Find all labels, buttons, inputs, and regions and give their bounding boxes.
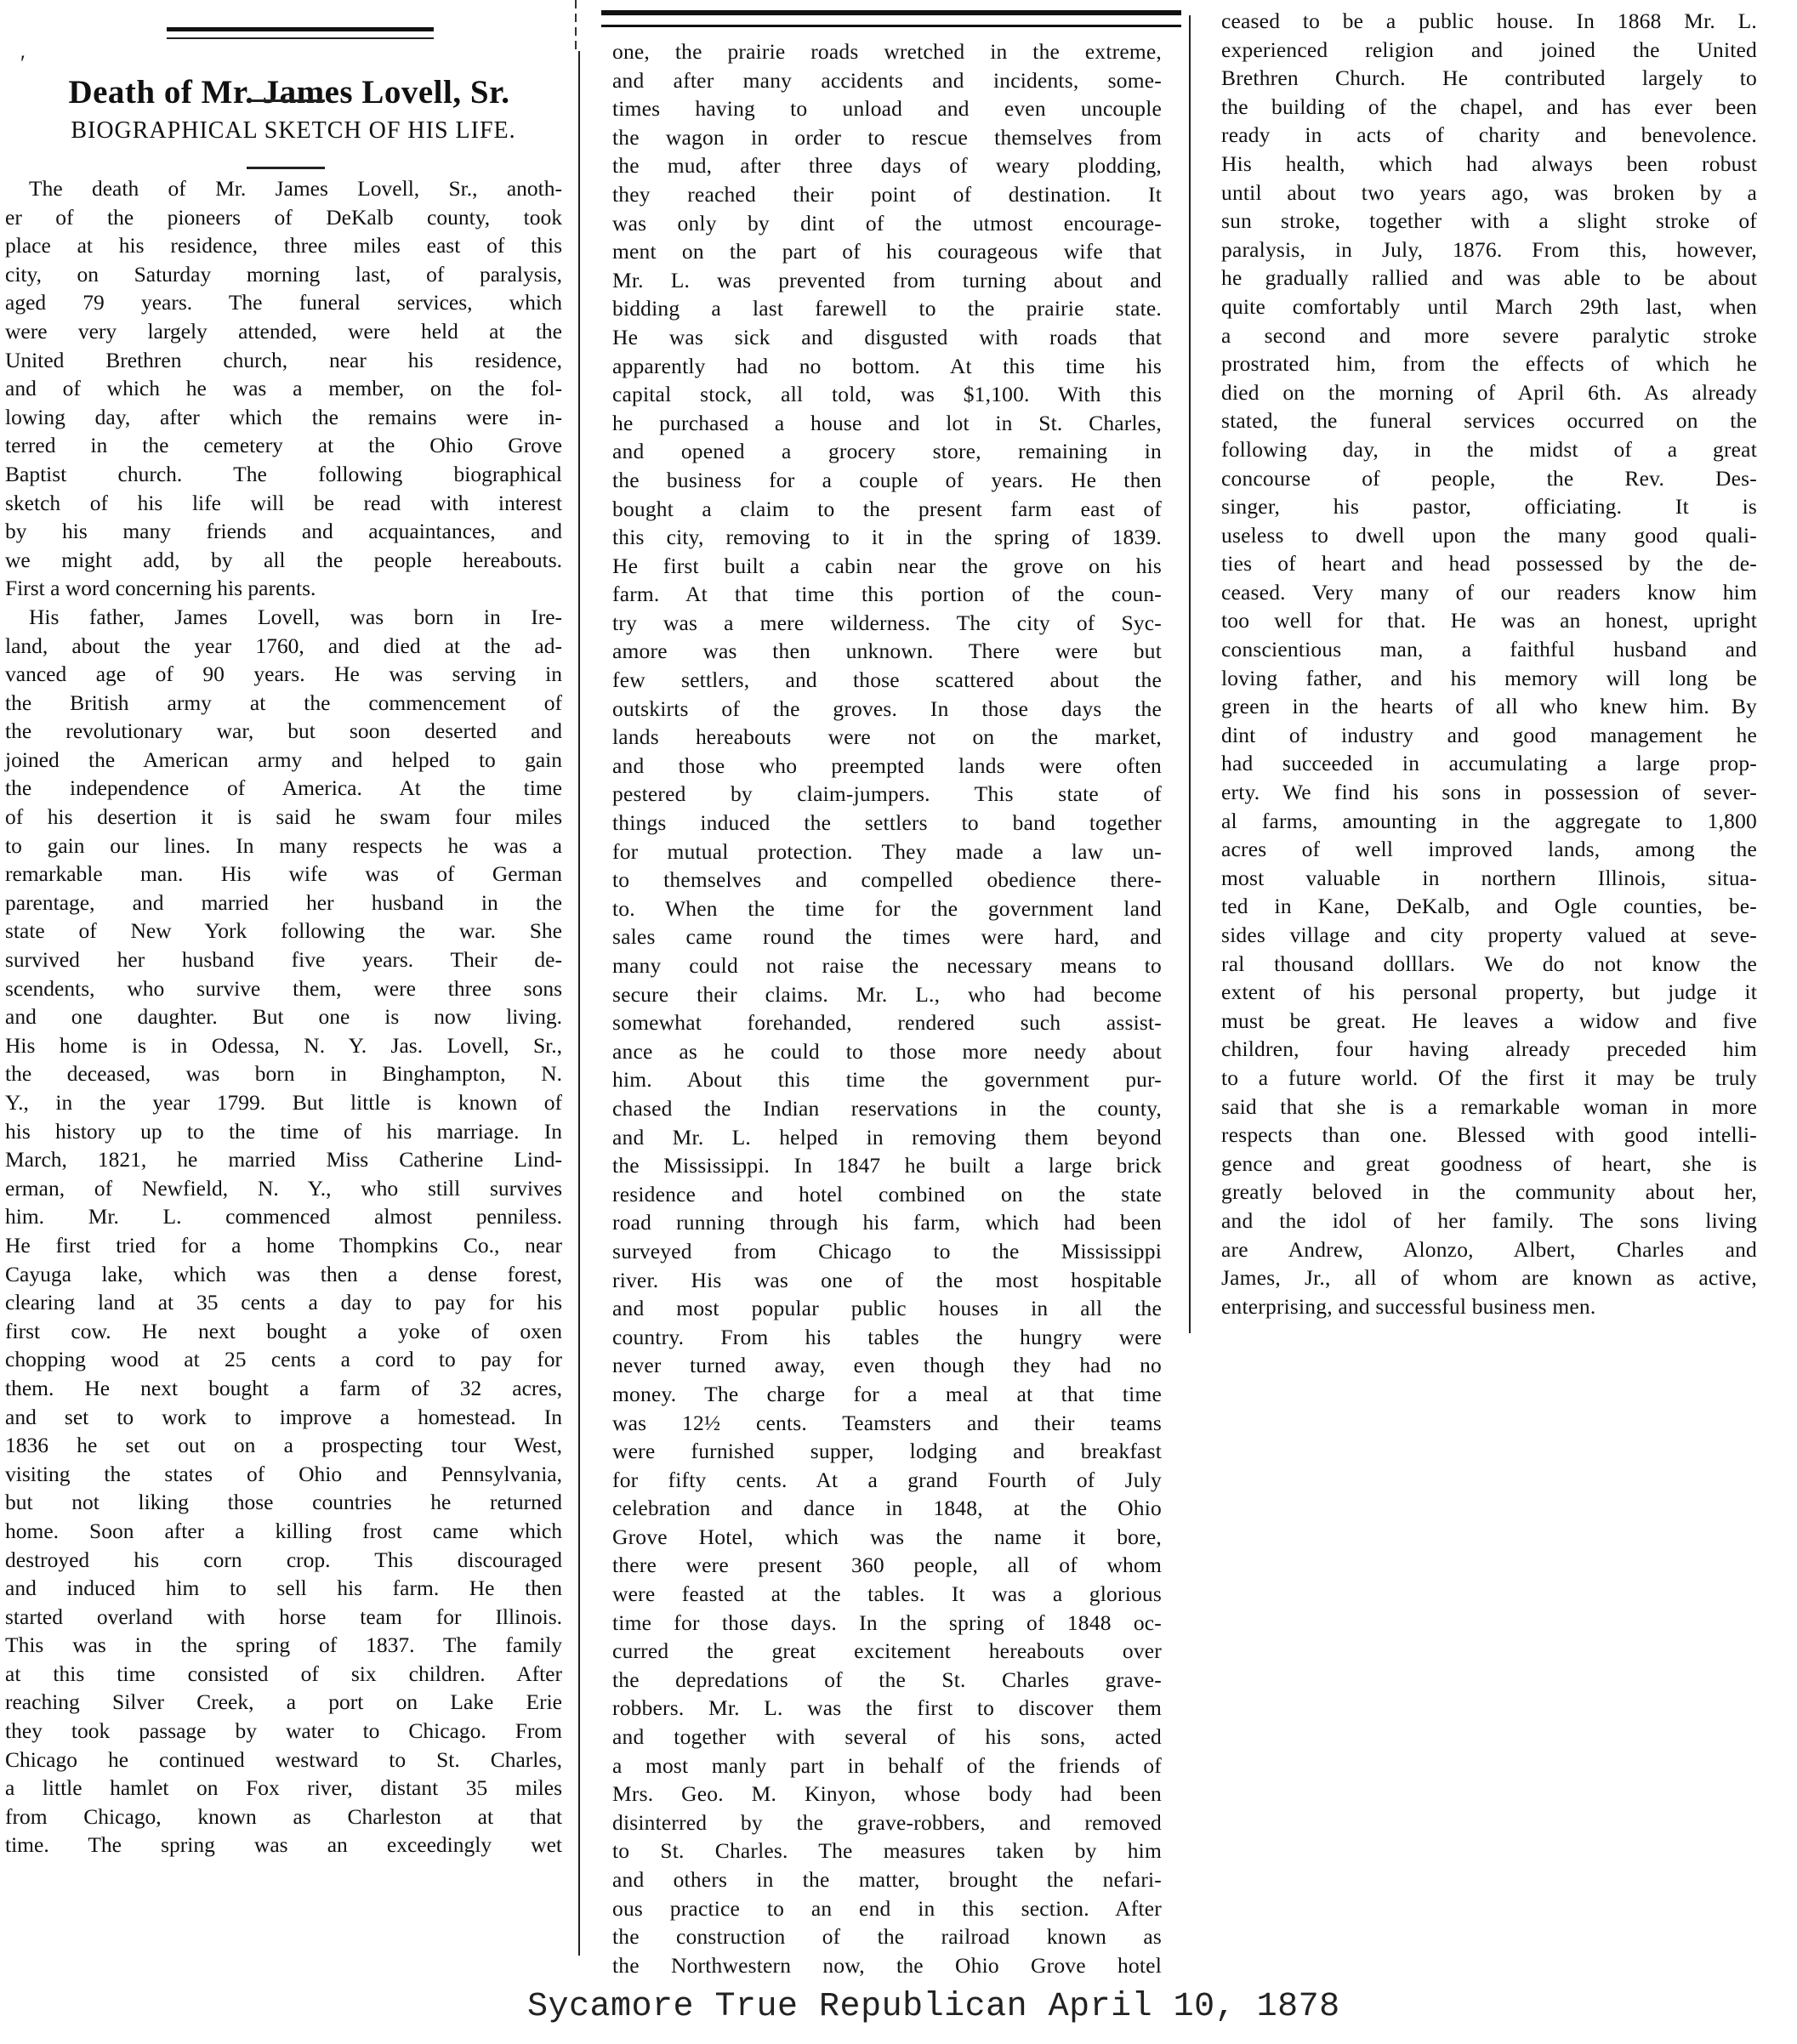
article-line: joined the American army and helped to g…	[5, 746, 562, 775]
article-line: respects than one. Blessed with good int…	[1221, 1121, 1757, 1150]
article-line: the depredations of the St. Charles grav…	[612, 1666, 1162, 1695]
headline-divider	[247, 99, 325, 102]
article-line: place at his residence, three miles east…	[5, 231, 562, 260]
article-line: gence and great goodness of heart, she i…	[1221, 1150, 1757, 1178]
article-line: and together with several of his sons, a…	[612, 1723, 1162, 1752]
article-line: Mr. L. was prevented from turning about …	[612, 266, 1162, 295]
top-rule-thick-center	[601, 10, 1181, 15]
column-divider-1	[578, 51, 580, 1956]
article-line: and those who preempted lands were often	[612, 752, 1162, 781]
article-line: time for those days. In the spring of 18…	[612, 1609, 1162, 1638]
article-line: curred the great excitement hereabouts o…	[612, 1637, 1162, 1666]
article-line: the independence of America. At the time	[5, 774, 562, 803]
article-line: are Andrew, Alonzo, Albert, Charles and	[1221, 1235, 1757, 1264]
article-line: bidding a last farewell to the prairie s…	[612, 294, 1162, 323]
article-line: chopping wood at 25 cents a cord to pay …	[5, 1345, 562, 1374]
article-line: a little hamlet on Fox river, distant 35…	[5, 1774, 562, 1803]
article-line: capital stock, all told, was $1,100. Wit…	[612, 380, 1162, 409]
article-line: residence and hotel combined on the stat…	[612, 1180, 1162, 1209]
article-line: celebration and dance in 1848, at the Oh…	[612, 1494, 1162, 1523]
article-line: aged 79 years. The funeral services, whi…	[5, 288, 562, 317]
article-line: were feasted at the tables. It was a glo…	[612, 1580, 1162, 1609]
article-line: apparently had no bottom. At this time h…	[612, 352, 1162, 381]
article-line: the Mississippi. In 1847 he built a larg…	[612, 1151, 1162, 1180]
article-line: country. From his tables the hungry were	[612, 1323, 1162, 1352]
article-line: He first tried for a home Thompkins Co.,…	[5, 1231, 562, 1260]
article-line: Cayuga lake, which was then a dense fore…	[5, 1260, 562, 1289]
column-divider-1-dashed	[575, 0, 577, 51]
article-line: said that she is a remarkable woman in m…	[1221, 1093, 1757, 1121]
article-line: er of the pioneers of DeKalb county, too…	[5, 203, 562, 232]
article-line: and Mr. L. helped in removing them beyon…	[612, 1123, 1162, 1152]
article-line: the deceased, was born in Binghampton, N…	[5, 1059, 562, 1088]
article-line: they took passage by water to Chicago. F…	[5, 1717, 562, 1746]
column-divider-2	[1189, 15, 1191, 1333]
article-line: green in the hearts of all who knew him.…	[1221, 692, 1757, 721]
top-rule-thin-left	[167, 37, 434, 39]
article-line: there were present 360 people, all of wh…	[612, 1551, 1162, 1580]
subheadline-divider	[247, 167, 325, 169]
article-line: the wagon in order to rescue themselves …	[612, 123, 1162, 152]
article-line: the revolutionary war, but soon deserted…	[5, 717, 562, 746]
article-line: road running through his farm, which had…	[612, 1208, 1162, 1237]
article-line: stated, the funeral services occurred on…	[1221, 406, 1757, 435]
article-line: the mud, after three days of weary plodd…	[612, 151, 1162, 180]
article-line: of his desertion it is said he swam four…	[5, 803, 562, 832]
article-line: ted in Kane, DeKalb, and Ogle counties, …	[1221, 892, 1757, 921]
article-line: he purchased a house and lot in St. Char…	[612, 409, 1162, 438]
article-line: sides village and city property valued a…	[1221, 921, 1757, 950]
article-line: for mutual protection. They made a law u…	[612, 837, 1162, 866]
article-line: city, on Saturday morning last, of paral…	[5, 260, 562, 289]
subheadline: BIOGRAPHICAL SKETCH OF HIS LIFE.	[26, 117, 561, 145]
article-line: His father, James Lovell, was born in Ir…	[5, 603, 562, 632]
article-line: ment on the part of his courageous wife …	[612, 237, 1162, 266]
article-line: home. Soon after a killing frost came wh…	[5, 1517, 562, 1546]
article-line: and of which he was a member, on the fol…	[5, 374, 562, 403]
article-line: the construction of the railroad known a…	[612, 1922, 1162, 1951]
article-line: and induced him to sell his farm. He the…	[5, 1574, 562, 1603]
article-line: many could not raise the necessary means…	[612, 951, 1162, 980]
article-line: ceased to be a public house. In 1868 Mr.…	[1221, 7, 1757, 36]
article-line: them. He next bought a farm of 32 acres,	[5, 1374, 562, 1403]
article-line: one, the prairie roads wretched in the e…	[612, 37, 1162, 66]
article-line: pestered by claim-jumpers. This state of	[612, 780, 1162, 809]
article-line: were very largely attended, were held at…	[5, 317, 562, 346]
article-line: First a word concerning his parents.	[5, 574, 562, 603]
article-line: he gradually rallied and was able to be …	[1221, 264, 1757, 292]
article-line: and most popular public houses in all th…	[612, 1294, 1162, 1323]
article-line: outskirts of the groves. In those days t…	[612, 695, 1162, 724]
article-line: secure their claims. Mr. L., who had bec…	[612, 980, 1162, 1009]
article-line: and one daughter. But one is now living.	[5, 1002, 562, 1031]
article-line: He first built a cabin near the grove on…	[612, 552, 1162, 581]
article-line: were furnished supper, lodging and break…	[612, 1437, 1162, 1466]
article-line: singer, his pastor, officiating. It is	[1221, 492, 1757, 521]
article-line: children, four having already preceded h…	[1221, 1035, 1757, 1064]
article-line: to a future world. Of the first it may b…	[1221, 1064, 1757, 1093]
article-line: amore was then unknown. There were but	[612, 637, 1162, 666]
article-line: This was in the spring of 1837. The fami…	[5, 1631, 562, 1660]
article-line: Chicago he continued westward to St. Cha…	[5, 1746, 562, 1774]
article-line: until about two years ago, was broken by…	[1221, 179, 1757, 207]
article-line: ties of heart and head possessed by the …	[1221, 549, 1757, 578]
article-line: 1836 he set out on a prospecting tour We…	[5, 1431, 562, 1460]
article-line: was 12½ cents. Teamsters and their teams	[612, 1409, 1162, 1438]
article-line: His home is in Odessa, N. Y. Jas. Lovell…	[5, 1031, 562, 1060]
article-line: erty. We find his sons in possession of …	[1221, 778, 1757, 807]
article-line: ral thousand dolllars. We do not know th…	[1221, 950, 1757, 979]
article-line: we might add, by all the people hereabou…	[5, 546, 562, 575]
article-line: ous practice to an end in this section. …	[612, 1894, 1162, 1923]
article-line: remarkable man. His wife was of German	[5, 860, 562, 889]
article-line: United Brethren church, near his residen…	[5, 346, 562, 375]
article-line: His health, which had always been robust	[1221, 150, 1757, 179]
article-line: reaching Silver Creek, a port on Lake Er…	[5, 1688, 562, 1717]
article-column-1: The death of Mr. James Lovell, Sr., anot…	[5, 174, 562, 1859]
article-line: Mrs. Geo. M. Kinyon, whose body had been	[612, 1780, 1162, 1808]
article-line: ceased. Very many of our readers know hi…	[1221, 578, 1757, 607]
article-line: loving father, and his memory will long …	[1221, 664, 1757, 693]
article-line: to themselves and compelled obedience th…	[612, 866, 1162, 894]
article-line: to. When the time for the government lan…	[612, 894, 1162, 923]
article-line: him. Mr. L. commenced almost penniless.	[5, 1202, 562, 1231]
article-line: times having to unload and even uncouple	[612, 94, 1162, 123]
article-line: Baptist church. The following biographic…	[5, 460, 562, 489]
article-line: James, Jr., all of whom are known as act…	[1221, 1263, 1757, 1292]
article-line: by his many friends and acquaintances, a…	[5, 517, 562, 546]
article-line: must be great. He leaves a widow and fiv…	[1221, 1007, 1757, 1036]
article-line: paralysis, in July, 1876. From this, how…	[1221, 236, 1757, 264]
article-line: and others in the matter, brought the ne…	[612, 1865, 1162, 1894]
article-line: dint of industry and good management he	[1221, 721, 1757, 750]
article-line: from Chicago, known as Charleston at tha…	[5, 1803, 562, 1831]
article-line: and the idol of her family. The sons liv…	[1221, 1207, 1757, 1235]
article-line: money. The charge for a meal at that tim…	[612, 1380, 1162, 1409]
article-line: Grove Hotel, which was the name it bore,	[612, 1523, 1162, 1552]
article-line: and after many accidents and incidents, …	[612, 66, 1162, 95]
article-line: time. The spring was an exceedingly wet	[5, 1831, 562, 1859]
article-line: and set to work to improve a homestead. …	[5, 1403, 562, 1432]
article-line: chased the Indian reservations in the co…	[612, 1094, 1162, 1123]
article-line: March, 1821, he married Miss Catherine L…	[5, 1145, 562, 1174]
source-citation: Sycamore True Republican April 10, 1878	[527, 1988, 1361, 2026]
article-line: river. His was one of the most hospitabl…	[612, 1266, 1162, 1295]
article-line: first cow. He next bought a yoke of oxen	[5, 1317, 562, 1346]
article-line: the Northwestern now, the Ohio Grove hot…	[612, 1951, 1162, 1980]
article-line: too well for that. He was an honest, upr…	[1221, 606, 1757, 635]
article-line: farm. At that time this portion of the c…	[612, 580, 1162, 609]
article-line: somewhat forehanded, rendered such assis…	[612, 1008, 1162, 1037]
article-line: but not liking those countries he return…	[5, 1488, 562, 1517]
article-line: they reached their point of destination.…	[612, 180, 1162, 209]
headline: Death of Mr. James Lovell, Sr.	[34, 73, 544, 111]
article-line: vanced age of 90 years. He was serving i…	[5, 660, 562, 689]
article-line: never turned away, even though they had …	[612, 1351, 1162, 1380]
article-line: lowing day, after which the remains were…	[5, 403, 562, 432]
article-line: most valuable in northern Illinois, situ…	[1221, 864, 1757, 893]
article-line: terred in the cemetery at the Ohio Grove	[5, 431, 562, 460]
article-line: robbers. Mr. L. was the first to discove…	[612, 1694, 1162, 1723]
article-line: sun stroke, together with a slight strok…	[1221, 207, 1757, 236]
article-line: the British army at the commencement of	[5, 689, 562, 718]
article-line: following day, in the midst of a great	[1221, 435, 1757, 464]
article-line: was only by dint of the utmost encourage…	[612, 209, 1162, 238]
article-line: the building of the chapel, and has ever…	[1221, 93, 1757, 122]
article-line: a second and more severe paralytic strok…	[1221, 321, 1757, 350]
article-line: lands hereabouts were not on the market,	[612, 723, 1162, 752]
scan-mark: ′	[20, 51, 26, 77]
article-line: for fifty cents. At a grand Fourth of Ju…	[612, 1466, 1162, 1495]
article-line: a most manly part in behalf of the frien…	[612, 1752, 1162, 1780]
article-line: survived her husband five years. Their d…	[5, 945, 562, 974]
article-line: useless to dwell upon the many good qual…	[1221, 521, 1757, 550]
article-column-3: ceased to be a public house. In 1868 Mr.…	[1221, 7, 1757, 1320]
article-line: greatly beloved in the community about h…	[1221, 1178, 1757, 1207]
article-column-2: one, the prairie roads wretched in the e…	[612, 37, 1162, 1979]
article-line: extent of his personal property, but jud…	[1221, 978, 1757, 1007]
top-rule-thin-center	[601, 25, 1181, 27]
article-line: died on the morning of April 6th. As alr…	[1221, 378, 1757, 407]
article-line: visiting the states of Ohio and Pennsylv…	[5, 1460, 562, 1489]
article-line: Brethren Church. He contributed largely …	[1221, 64, 1757, 93]
article-line: to gain our lines. In many respects he w…	[5, 832, 562, 860]
article-line: few settlers, and those scattered about …	[612, 666, 1162, 695]
article-line: bought a claim to the present farm east …	[612, 495, 1162, 524]
article-line: surveyed from Chicago to the Mississippi	[612, 1237, 1162, 1266]
article-line: al farms, amounting in the aggregate to …	[1221, 807, 1757, 836]
article-line: experienced religion and joined the Unit…	[1221, 36, 1757, 65]
article-line: to St. Charles. The measures taken by hi…	[612, 1837, 1162, 1865]
article-line: land, about the year 1760, and died at t…	[5, 632, 562, 661]
article-line: concourse of people, the Rev. Des-	[1221, 464, 1757, 493]
article-line: at this time consisted of six children. …	[5, 1660, 562, 1689]
article-line: ready in acts of charity and benevolence…	[1221, 121, 1757, 150]
article-line: disinterred by the grave-robbers, and re…	[612, 1808, 1162, 1837]
article-line: this city, removing to it in the spring …	[612, 523, 1162, 552]
article-line: the business for a couple of years. He t…	[612, 466, 1162, 495]
article-line: ance as he could to those more needy abo…	[612, 1037, 1162, 1066]
article-line: acres of well improved lands, among the	[1221, 835, 1757, 864]
article-line: scendents, who survive them, were three …	[5, 974, 562, 1003]
article-line: conscientious man, a faithful husband an…	[1221, 635, 1757, 664]
article-line: state of New York following the war. She	[5, 917, 562, 945]
article-line: parentage, and married her husband in th…	[5, 889, 562, 917]
article-line: things induced the settlers to band toge…	[612, 809, 1162, 837]
article-line: sketch of his life will be read with int…	[5, 489, 562, 518]
article-line: his history up to the time of his marria…	[5, 1117, 562, 1146]
article-line: Y., in the year 1799. But little is know…	[5, 1088, 562, 1117]
article-line: prostrated him, from the effects of whic…	[1221, 349, 1757, 378]
article-line: clearing land at 35 cents a day to pay f…	[5, 1288, 562, 1317]
article-line: try was a mere wilderness. The city of S…	[612, 609, 1162, 638]
article-line: enterprising, and successful business me…	[1221, 1292, 1757, 1321]
article-line: started overland with horse team for Ill…	[5, 1603, 562, 1632]
article-line: He was sick and disgusted with roads tha…	[612, 323, 1162, 352]
article-line: quite comfortably until March 29th last,…	[1221, 292, 1757, 321]
article-line: destroyed his corn crop. This discourage…	[5, 1546, 562, 1575]
article-line: and opened a grocery store, remaining in	[612, 437, 1162, 466]
article-line: had succeeded in accumulating a large pr…	[1221, 749, 1757, 778]
top-rule-thick-left	[167, 27, 434, 31]
article-line: him. About this time the government pur-	[612, 1065, 1162, 1094]
article-line: The death of Mr. James Lovell, Sr., anot…	[5, 174, 562, 203]
article-line: erman, of Newfield, N. Y., who still sur…	[5, 1174, 562, 1203]
article-line: sales came round the times were hard, an…	[612, 923, 1162, 951]
